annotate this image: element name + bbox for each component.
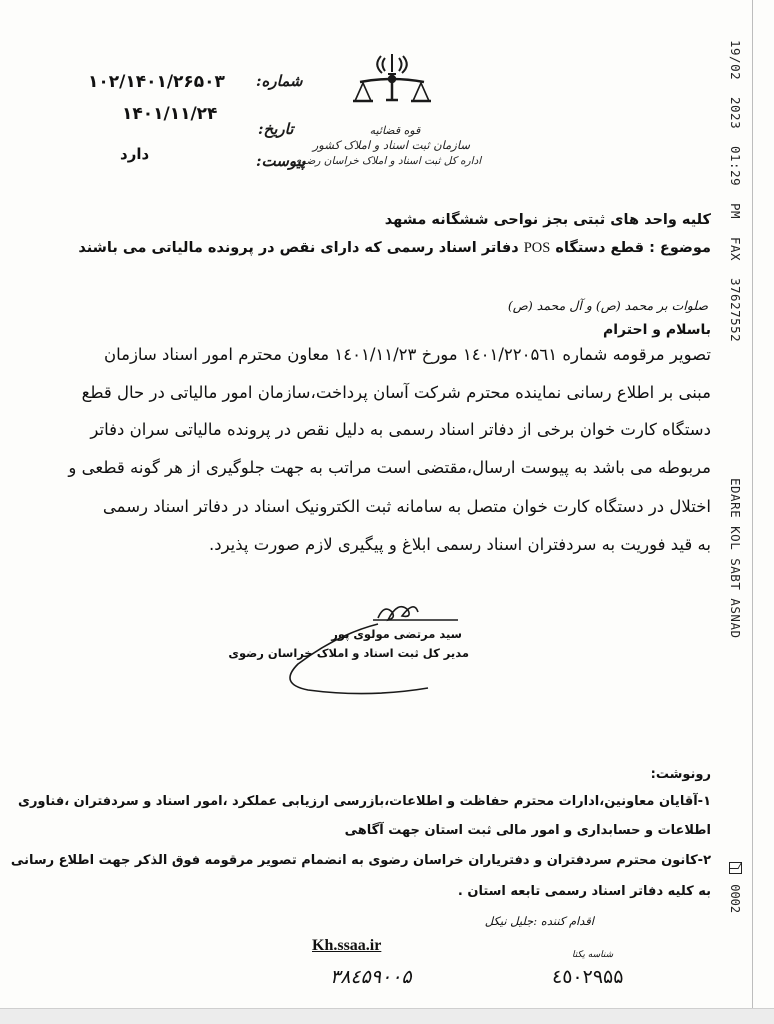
date-value: ۱۴۰۱/۱۱/۲۴: [122, 104, 217, 124]
salawat-line: صلوات بر محمد (ص) و آل محمد (ص): [508, 298, 708, 313]
subject-suffix: دفاتر اسناد رسمی که دارای نقص در پرونده …: [78, 240, 523, 256]
date-label: تاریخ:: [258, 120, 293, 138]
fax-year: 2023: [728, 97, 743, 129]
body-line: به قید فوریت به سردفتران اسناد رسمی ابلا…: [209, 535, 711, 554]
signer-title: مدیر کل ثبت اسناد و املاک خراسان رضوی: [228, 646, 469, 660]
barcode-label: شناسه یکتا: [572, 950, 613, 960]
subject-pos: POS: [524, 240, 551, 256]
page-edge-line: [752, 0, 753, 1024]
cc-title: رونوشت:: [651, 767, 711, 782]
fax-ampm: PM: [728, 203, 743, 219]
fax-document-page: 19/02 2023 01:29 PM FAX 37627552 EDARE K…: [0, 0, 774, 1024]
body-line: مربوطه می باشد به پیوست ارسال،مقتضی است …: [68, 458, 711, 477]
fax-number: 37627552: [728, 278, 743, 342]
org-provincial-office: اداره کل ثبت اسناد و املاک خراسان رضوی: [292, 155, 482, 167]
fax-page-number: 0002: [728, 862, 742, 913]
fax-label: FAX: [728, 237, 743, 261]
cc-line: به کلیه دفاتر اسناد رسمی تابعه استان .: [458, 884, 711, 899]
signer-name: سید مرتضی مولوی پور: [331, 627, 462, 641]
fax-timestamp-header: 19/02 2023 01:29 PM FAX 37627552: [728, 40, 743, 351]
cc-line: اطلاعات و حسابداری و امور مالی ثبت استان…: [345, 823, 711, 838]
subject-prefix: موضوع : قطع دستگاه: [550, 240, 711, 256]
fax-time: 01:29: [728, 146, 743, 186]
body-line: دستگاه کارت خوان برخی از دفاتر اسناد رسم…: [90, 420, 711, 439]
cc-line: ۱-آقایان معاونین،ادارات محترم حفاظت و اط…: [18, 794, 711, 809]
org-judiciary: قوه قضائیه: [350, 124, 440, 137]
fax-date: 19/02: [728, 40, 743, 80]
attachment-label: پیوست:: [256, 152, 305, 170]
greeting: باسلام و احترام: [603, 322, 711, 338]
number-label: شماره:: [256, 72, 302, 90]
body-line: اختلال در دستگاه کارت خوان متصل به سامان…: [103, 497, 711, 516]
action-by: اقدام کننده :جلیل نیکل: [485, 914, 594, 928]
addressee: کلیه واحد های ثبتی بجز نواحی ششگانه مشهد: [385, 212, 711, 228]
number-value: ۱۰۲/۱۴۰۱/۲۶۵۰۳: [88, 72, 225, 92]
fax-sender-id: EDARE KOL SABT ASNAD: [728, 478, 743, 639]
page-bottom-edge: [0, 1008, 774, 1024]
iran-emblem-icon: [352, 52, 432, 126]
website-link[interactable]: Kh.ssaa.ir: [312, 937, 381, 955]
fax-envelope-icon: [729, 862, 742, 874]
body-line: تصویر مرقومه شماره ۱٤۰۱/۲۲۰۵٦۱ مورخ ۱٤۰۱…: [104, 345, 711, 364]
attachment-value: دارد: [120, 145, 149, 163]
org-registration: سازمان ثبت اسناد و املاک کشور: [320, 138, 470, 152]
fax-page-value: 0002: [728, 884, 742, 913]
body-line: مبنی بر اطلاع رسانی نماینده محترم شرکت آ…: [82, 383, 711, 402]
tracking-code-left: ۳۸٤۵۹۰۰۵: [330, 966, 412, 988]
subject-line: موضوع : قطع دستگاه POS دفاتر اسناد رسمی …: [78, 240, 711, 257]
tracking-code-right: ٤٥۰۲۹۵۵: [552, 966, 623, 988]
cc-line: ۲-کانون محترم سردفتران و دفتریاران خراسا…: [11, 853, 711, 868]
